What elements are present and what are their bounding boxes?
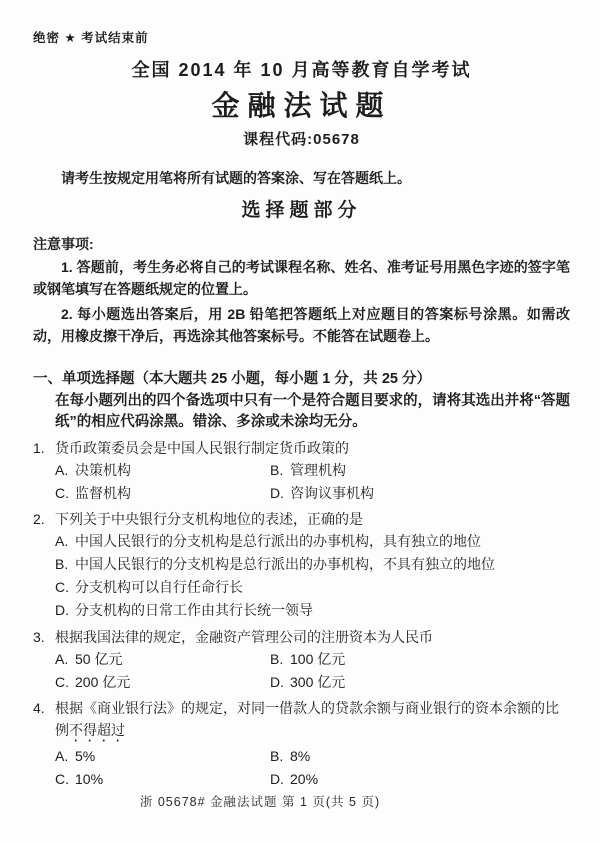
question-2-number: 2. bbox=[33, 509, 55, 530]
question-2: 2. 下列关于中央银行分支机构地位的表述，正确的是 A.中国人民银行的分支机构是… bbox=[33, 509, 570, 622]
part-one-heading: 一、单项选择题（本大题共 25 小题，每小题 1 分，共 25 分） bbox=[33, 369, 570, 389]
question-4-text-line2-prefix: 例 bbox=[55, 722, 69, 738]
question-2-option-b: B.中国人民银行的分支机构是总行派出的办事机构，不具有独立的地位 bbox=[55, 553, 570, 576]
question-3-options: A.50 亿元 B.100 亿元 C.200 亿元 D.300 亿元 bbox=[55, 648, 570, 693]
question-2-option-d: D.分支机构的日常工作由其行长统一领导 bbox=[55, 599, 570, 622]
note-item-2: 2. 每小题选出答案后，用 2B 铅笔把答题纸上对应题目的答案标号涂黑。如需改动… bbox=[33, 303, 570, 347]
question-1-text: 货币政策委员会是中国人民银行制定货币政策的 bbox=[55, 438, 570, 459]
course-code: 课程代码:05678 bbox=[33, 130, 570, 149]
question-1-options: A.决策机构 B.管理机构 C.监督机构 D.咨询议事机构 bbox=[55, 459, 570, 504]
option-label: C. bbox=[55, 768, 75, 790]
option-label: B. bbox=[55, 553, 75, 576]
question-1-option-a: A.决策机构 bbox=[55, 459, 270, 481]
question-4-option-a: A.5% bbox=[55, 745, 270, 767]
option-label: B. bbox=[270, 459, 290, 481]
question-2-options: A.中国人民银行的分支机构是总行派出的办事机构，具有独立的地位 B.中国人民银行… bbox=[55, 530, 570, 622]
option-label: A. bbox=[55, 459, 75, 481]
option-label: B. bbox=[270, 648, 290, 670]
option-text: 分支机构可以自行任命行长 bbox=[75, 579, 243, 595]
question-4-option-c: C.10% bbox=[55, 768, 270, 790]
part-one-block: 一、单项选择题（本大题共 25 小题，每小题 1 分，共 25 分） 在每小题列… bbox=[33, 369, 570, 433]
option-text: 300 亿元 bbox=[290, 674, 345, 690]
question-3-option-a: A.50 亿元 bbox=[55, 648, 270, 670]
question-2-option-c: C.分支机构可以自行任命行长 bbox=[55, 576, 570, 599]
option-label: D. bbox=[55, 599, 75, 622]
exam-session-title: 全国 2014 年 10 月高等教育自学考试 bbox=[33, 59, 570, 82]
question-3-option-d: D.300 亿元 bbox=[270, 671, 570, 693]
option-label: D. bbox=[270, 671, 290, 693]
option-label: B. bbox=[270, 745, 290, 767]
option-label: D. bbox=[270, 482, 290, 504]
option-text: 20% bbox=[290, 771, 318, 787]
option-text: 咨询议事机构 bbox=[290, 485, 374, 501]
option-text: 8% bbox=[290, 748, 310, 764]
question-1-option-b: B.管理机构 bbox=[270, 459, 570, 481]
option-text: 100 亿元 bbox=[290, 651, 345, 667]
option-text: 监督机构 bbox=[75, 485, 131, 501]
option-label: A. bbox=[55, 530, 75, 553]
option-text: 分支机构的日常工作由其行长统一领导 bbox=[75, 602, 313, 618]
part-one-instruction: 在每小题列出的四个备选项中只有一个是符合题目要求的，请将其选出并将“答题纸”的相… bbox=[55, 391, 570, 433]
question-4-text-line1: 根据《商业银行法》的规定，对同一借款人的贷款余额与商业银行的资本余额的比 bbox=[55, 698, 570, 719]
option-text: 中国人民银行的分支机构是总行派出的办事机构，不具有独立的地位 bbox=[75, 556, 495, 572]
question-4-option-d: D.20% bbox=[270, 768, 570, 790]
option-text: 5% bbox=[75, 748, 95, 764]
option-label: C. bbox=[55, 576, 75, 599]
page-footer: 浙 05678# 金融法试题 第 1 页(共 5 页) bbox=[0, 792, 600, 810]
question-4-options: A.5% B.8% C.10% D.20% bbox=[55, 745, 570, 790]
question-4-text-line2-emphasis: 不得超过 bbox=[69, 722, 125, 738]
note-item-1: 1. 答题前，考生务必将自己的考试课程名称、姓名、准考证号用黑色字迹的签字笔或钢… bbox=[33, 256, 570, 300]
paper-title: 金融法试题 bbox=[33, 88, 570, 123]
question-4-number: 4. bbox=[33, 698, 55, 719]
option-text: 决策机构 bbox=[75, 462, 131, 478]
option-text: 管理机构 bbox=[290, 462, 346, 478]
notes-title: 注意事项: bbox=[33, 235, 570, 253]
question-1: 1. 货币政策委员会是中国人民银行制定货币政策的 A.决策机构 B.管理机构 C… bbox=[33, 438, 570, 504]
question-2-option-a: A.中国人民银行的分支机构是总行派出的办事机构，具有独立的地位 bbox=[55, 530, 570, 553]
question-3-number: 3. bbox=[33, 627, 55, 648]
option-label: C. bbox=[55, 671, 75, 693]
classification-label: 绝密 ★ 考试结束前 bbox=[33, 30, 570, 47]
question-3-option-c: C.200 亿元 bbox=[55, 671, 270, 693]
question-1-option-d: D.咨询议事机构 bbox=[270, 482, 570, 504]
question-4-option-b: B.8% bbox=[270, 745, 570, 767]
question-3-text: 根据我国法律的规定，金融资产管理公司的注册资本为人民币 bbox=[55, 627, 570, 648]
option-label: A. bbox=[55, 745, 75, 767]
question-3: 3. 根据我国法律的规定，金融资产管理公司的注册资本为人民币 A.50 亿元 B… bbox=[33, 627, 570, 693]
question-4: 4. 根据《商业银行法》的规定，对同一借款人的贷款余额与商业银行的资本余额的比 … bbox=[33, 698, 570, 790]
option-label: D. bbox=[270, 768, 290, 790]
option-text: 50 亿元 bbox=[75, 651, 122, 667]
question-1-number: 1. bbox=[33, 438, 55, 459]
section-heading: 选择题部分 bbox=[33, 199, 570, 223]
option-label: A. bbox=[55, 648, 75, 670]
option-label: C. bbox=[55, 482, 75, 504]
question-1-option-c: C.监督机构 bbox=[55, 482, 270, 504]
answer-sheet-instruction: 请考生按规定用笔将所有试题的答案涂、写在答题纸上。 bbox=[33, 169, 570, 187]
exam-paper-page: 绝密 ★ 考试结束前 全国 2014 年 10 月高等教育自学考试 金融法试题 … bbox=[0, 0, 600, 843]
option-text: 10% bbox=[75, 771, 103, 787]
question-3-option-b: B.100 亿元 bbox=[270, 648, 570, 670]
question-2-text: 下列关于中央银行分支机构地位的表述，正确的是 bbox=[55, 509, 570, 530]
question-4-text-line2: 例不得超过 bbox=[55, 719, 570, 745]
option-text: 中国人民银行的分支机构是总行派出的办事机构，具有独立的地位 bbox=[75, 533, 481, 549]
option-text: 200 亿元 bbox=[75, 674, 130, 690]
